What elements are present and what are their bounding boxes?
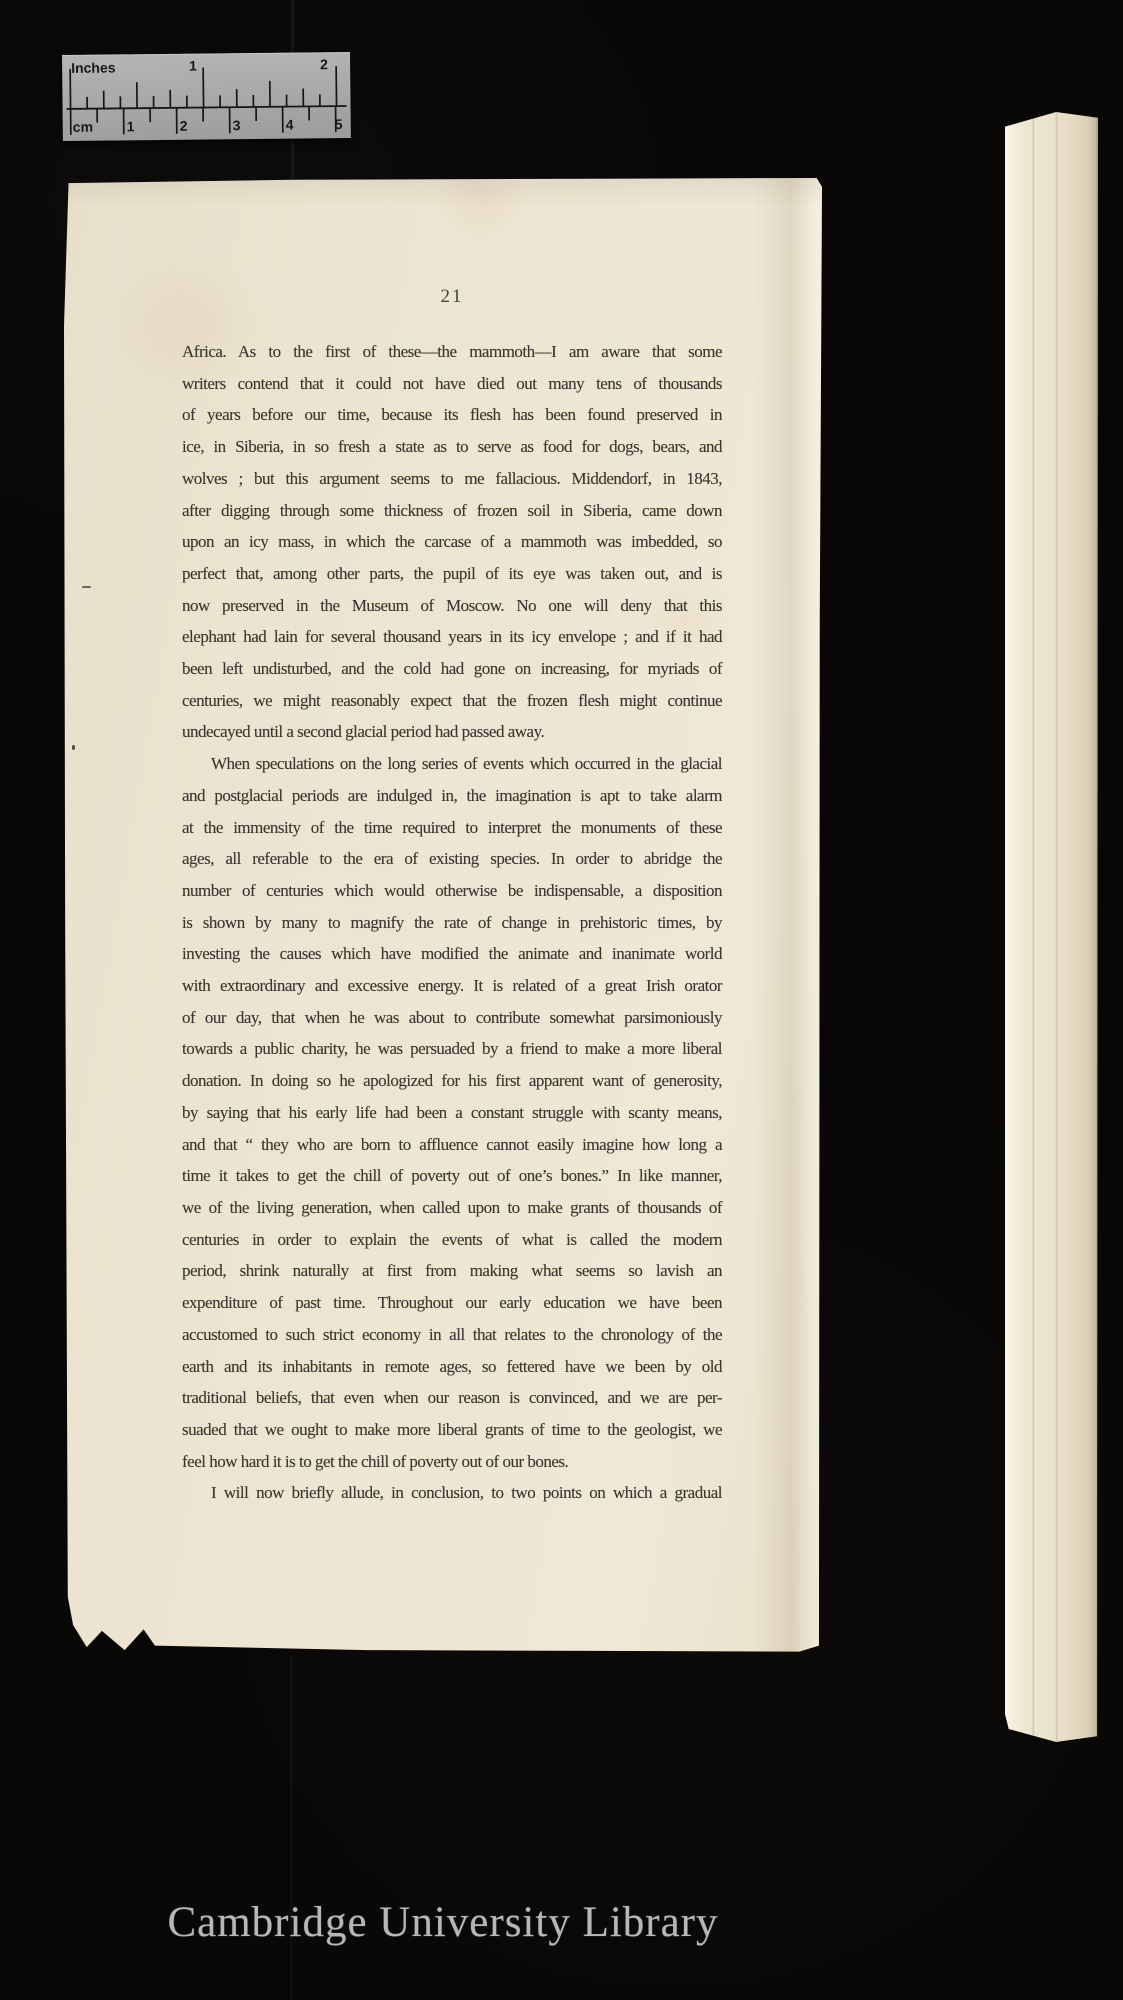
text-line: centuries, we might reasonably expect th… bbox=[182, 685, 722, 717]
text-line: with extraordinary and excessive energy.… bbox=[182, 970, 722, 1002]
ruler-cm-number: 4 bbox=[286, 117, 294, 133]
ruler-cm-number: 2 bbox=[180, 118, 188, 134]
text-line: and postglacial periods are indulged in,… bbox=[182, 780, 722, 812]
text-line: traditional beliefs, that even when our … bbox=[182, 1382, 722, 1414]
text-block: Africa. As to the first of these—the mam… bbox=[182, 336, 722, 1509]
text-line: number of centuries which would otherwis… bbox=[182, 875, 722, 907]
ruler-cm-number: 5 bbox=[335, 116, 343, 132]
text-line: ice, in Siberia, in so fresh a state as … bbox=[182, 431, 722, 463]
text-line: donation. In doing so he apologized for … bbox=[182, 1065, 722, 1097]
text-line: elephant had lain for several thousand y… bbox=[182, 621, 722, 653]
text-line: of our day, that when he was about to co… bbox=[182, 1002, 722, 1034]
text-line: earth and its inhabitants in remote ages… bbox=[182, 1351, 722, 1383]
text-line: after digging through some thickness of … bbox=[182, 495, 722, 527]
text-line: I will now briefly allude, in conclusion… bbox=[182, 1477, 722, 1509]
text-line: expenditure of past time. Throughout our… bbox=[182, 1287, 722, 1319]
text-line: period, shrink naturally at first from m… bbox=[182, 1255, 722, 1287]
text-line: centuries in order to explain the events… bbox=[182, 1224, 722, 1256]
text-line: investing the causes which have modified… bbox=[182, 938, 722, 970]
ruler-inch-number: 2 bbox=[320, 56, 328, 72]
text-line: accustomed to such strict economy in all… bbox=[182, 1319, 722, 1351]
dust-speck bbox=[72, 745, 75, 750]
paragraph: I will now briefly allude, in conclusion… bbox=[182, 1477, 722, 1509]
text-line: by saying that his early life had been a… bbox=[182, 1097, 722, 1129]
text-line: been left undisturbed, and the cold had … bbox=[182, 653, 722, 685]
text-line: suaded that we ought to make more libera… bbox=[182, 1414, 722, 1446]
measuring-ruler: Inches 1 2 cm 1 2 3 4 5 bbox=[62, 52, 351, 141]
text-line: time it takes to get the chill of povert… bbox=[182, 1160, 722, 1192]
ruler-inch-number: 1 bbox=[189, 58, 197, 74]
dust-speck bbox=[82, 586, 91, 588]
ruler-cm-number: 1 bbox=[127, 118, 135, 134]
photograph-background: Inches 1 2 cm 1 2 3 4 5 21 Africa. As to… bbox=[0, 0, 1123, 2000]
text-line: and that “ they who are born to affluenc… bbox=[182, 1129, 722, 1161]
paragraph: Africa. As to the first of these—the mam… bbox=[182, 336, 722, 748]
ruler-inches-label: Inches bbox=[71, 59, 116, 75]
text-line: wolves ; but this argument seems to me f… bbox=[182, 463, 722, 495]
text-line: writers contend that it could not have d… bbox=[182, 368, 722, 400]
text-line: When speculations on the long series of … bbox=[182, 748, 722, 780]
text-line: perfect that, among other parts, the pup… bbox=[182, 558, 722, 590]
ruler-cm-label: cm bbox=[73, 119, 93, 135]
text-line: now preserved in the Museum of Moscow. N… bbox=[182, 590, 722, 622]
text-line: of years before our time, because its fl… bbox=[182, 399, 722, 431]
text-line: ages, all referable to the era of existi… bbox=[182, 843, 722, 875]
scanned-page: 21 Africa. As to the first of these—the … bbox=[64, 178, 822, 1656]
library-watermark: Cambridge University Library bbox=[64, 1898, 822, 1947]
page-number: 21 bbox=[182, 286, 722, 308]
ruler-cm-number: 3 bbox=[233, 117, 241, 133]
backdrop-seam bbox=[290, 1656, 293, 2000]
text-line: feel how hard it is to get the chill of … bbox=[182, 1446, 722, 1478]
text-line: undecayed until a second glacial period … bbox=[182, 716, 722, 748]
text-line: towards a public charity, he was persuad… bbox=[182, 1033, 722, 1065]
text-line: we of the living generation, when called… bbox=[182, 1192, 722, 1224]
book-page-stack-edge bbox=[1005, 112, 1098, 1742]
paragraph: When speculations on the long series of … bbox=[182, 748, 722, 1477]
text-line: at the immensity of the time required to… bbox=[182, 812, 722, 844]
text-line: is shown by many to magnify the rate of … bbox=[182, 907, 722, 939]
text-line: Africa. As to the first of these—the mam… bbox=[182, 336, 722, 368]
text-line: upon an icy mass, in which the carcase o… bbox=[182, 526, 722, 558]
cm-ticks bbox=[71, 106, 336, 135]
